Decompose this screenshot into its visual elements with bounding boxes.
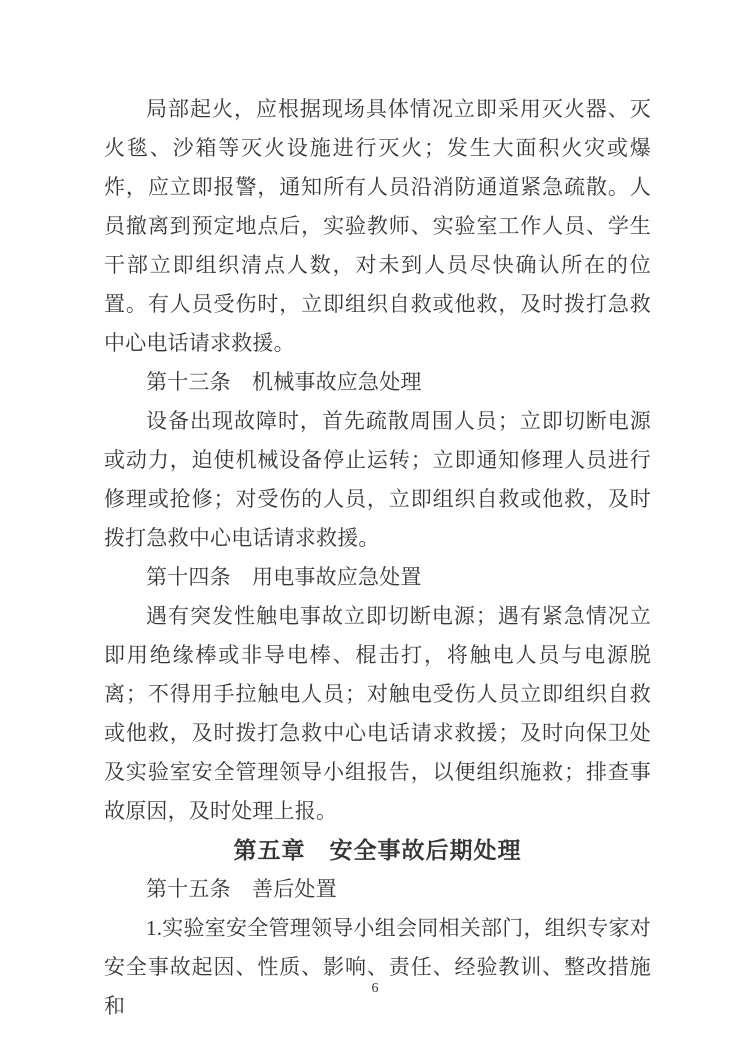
chapter-5-heading: 第五章 安全事故后期处理 — [104, 831, 651, 870]
paragraph-fire-emergency-response: 局部起火，应根据现场具体情况立即采用灭火器、灭火毯、沙箱等灭火设施进行灭火；发生… — [104, 90, 651, 363]
document-body: 局部起火，应根据现场具体情况立即采用灭火器、灭火毯、沙箱等灭火设施进行灭火；发生… — [104, 90, 651, 1026]
page-number: 6 — [0, 980, 750, 998]
paragraph-mechanical-accident-response: 设备出现故障时，首先疏散周围人员；立即切断电源或动力，迫使机械设备停止运转；立即… — [104, 402, 651, 558]
paragraph-post-accident-handling: 1.实验室安全管理领导小组会同相关部门，组织专家对安全事故起因、性质、影响、责任… — [104, 909, 651, 1026]
paragraph-electrical-accident-response: 遇有突发性触电事故立即切断电源；遇有紧急情况立即用绝缘棒或非导电棒、棍击打，将触… — [104, 597, 651, 831]
article-13-heading: 第十三条 机械事故应急处理 — [104, 363, 651, 402]
article-14-heading: 第十四条 用电事故应急处置 — [104, 558, 651, 597]
article-15-heading: 第十五条 善后处置 — [104, 870, 651, 909]
document-page: 局部起火，应根据现场具体情况立即采用灭火器、灭火毯、沙箱等灭火设施进行灭火；发生… — [0, 0, 750, 1061]
